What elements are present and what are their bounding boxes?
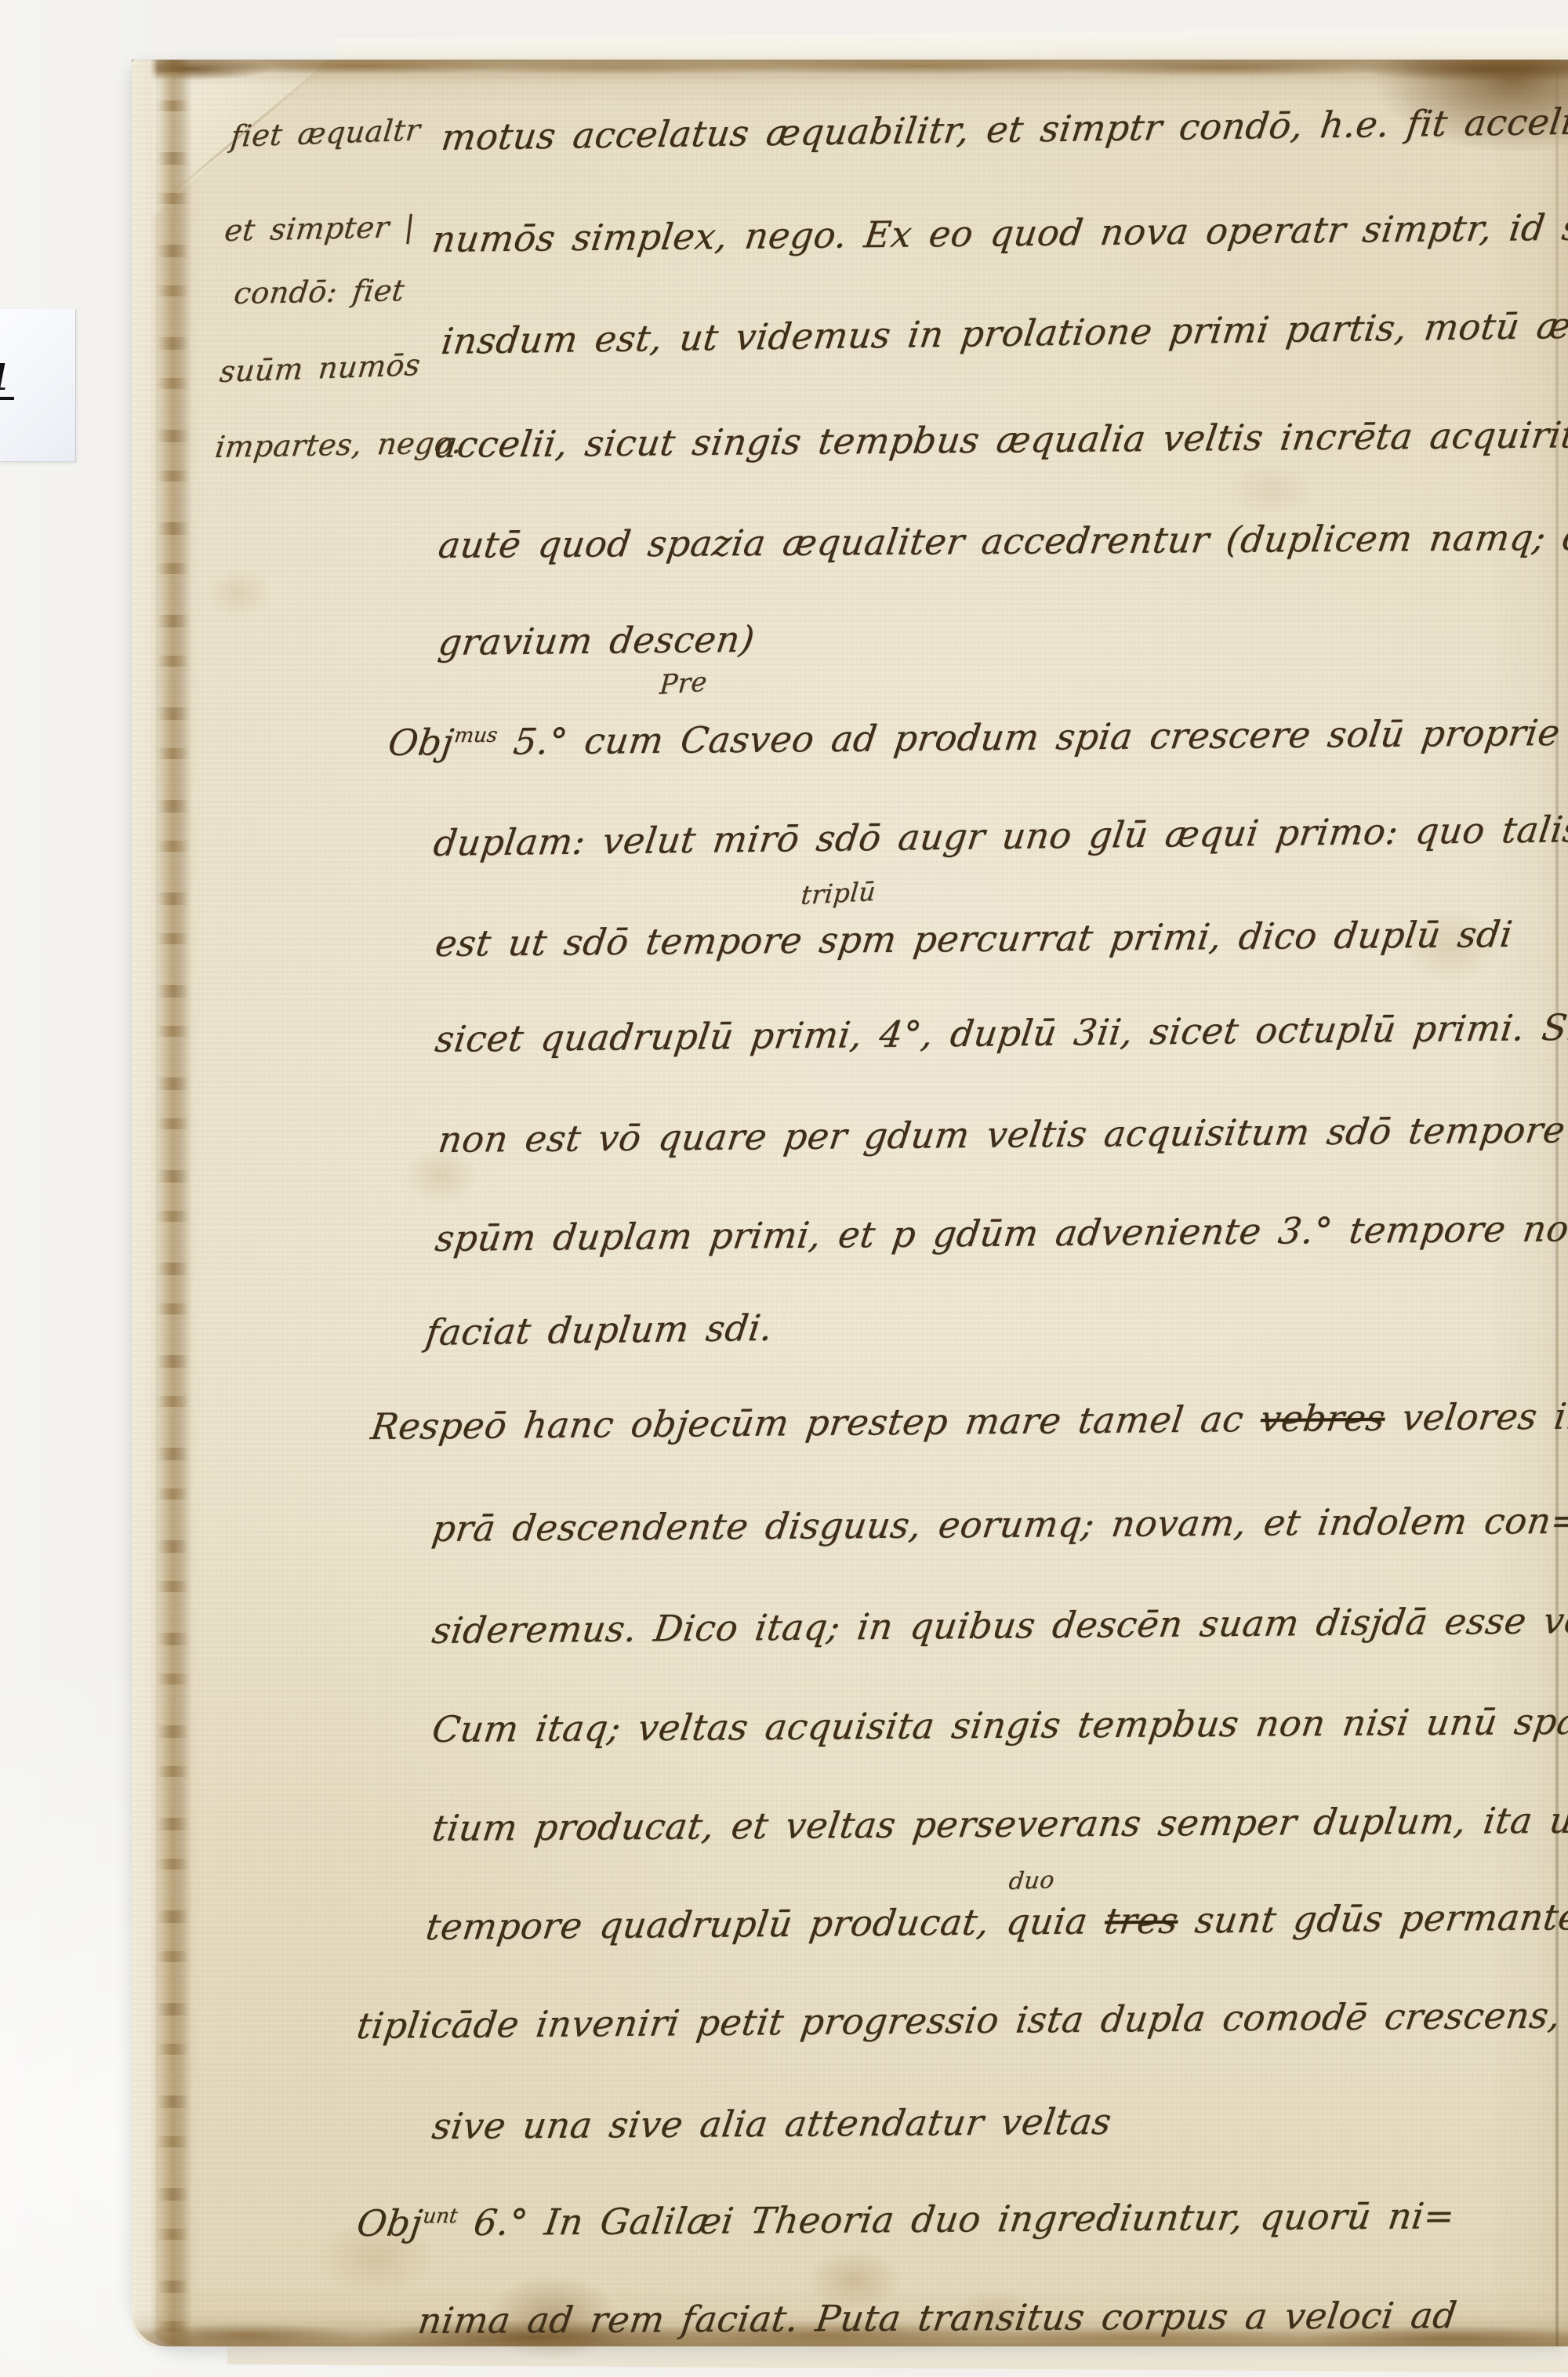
manuscript-line: gravium descen) [436, 618, 757, 663]
text-part: sunt gdūs permantes, mul= [1175, 1894, 1568, 1941]
text-part: 6.° In Galilæi Theoria duo ingrediuntur,… [454, 2194, 1457, 2244]
manuscript-line: prā descendente disguus, eorumq; novam, … [430, 1499, 1568, 1550]
superscript-abbreviation: unt [422, 2204, 459, 2228]
struck-word: tres [1102, 1899, 1181, 1943]
handwriting-layer: fiet æqualtret simpter |condō: fietsuūm … [0, 0, 1568, 2377]
manuscript-line: non est vō quare per gdum veltis acquisi… [436, 1107, 1568, 1161]
manuscript-line: Cum itaq; veltas acquisita singis tempbu… [430, 1699, 1568, 1750]
manuscript-line: tiplicāde inveniri petit progressio ista… [354, 1994, 1563, 2047]
manuscript-line: Respeō hanc objecūm prestep mare tamel a… [368, 1394, 1568, 1448]
margin-note: et simpter | [223, 209, 417, 248]
manuscript-line: sicet quadruplū primi, 4°, duplū 3ii, si… [433, 1005, 1568, 1060]
manuscript-line: numōs simplex, nego. Ex eo quod nova ope… [430, 205, 1568, 260]
text-part: velores in cor= [1382, 1394, 1568, 1439]
text-part: Obj [386, 721, 456, 764]
manuscript-line: sideremus. Dico itaq; in quibus descēn s… [430, 1598, 1568, 1652]
text-part: 5.° cum Casveo ad produm spia crescere s… [494, 711, 1563, 763]
struck-word: vebres [1258, 1397, 1388, 1440]
manuscript-line: insdum est, ut videmus in prolatione pri… [439, 302, 1568, 362]
text-part: Respeō hanc objecūm prestep mare tamel a… [368, 1397, 1264, 1448]
manuscript-line: motus accelatus æquabilitr, et simptr co… [439, 99, 1568, 158]
superscript-abbreviation: mus [453, 724, 499, 748]
manuscript-line: duplam: velut mirō sdō augr uno glū æqui… [431, 808, 1568, 864]
margin-note: suūm numōs [218, 347, 422, 389]
margin-note: condō: fiet [232, 273, 407, 311]
manuscript-line: spūm duplam primi, et p gdūm adveniente … [433, 1207, 1568, 1259]
manuscript-line: sive una sive alia attendatur veltas [430, 2100, 1114, 2147]
manuscript-line: faciat duplum sdi. [423, 1307, 775, 1354]
shelfmark-label: 1 [0, 309, 76, 462]
interlinear-insert: triplū [800, 876, 877, 910]
text-part: Obj [354, 2201, 425, 2244]
manuscript-line: autē quod spazia æqualiter accedrentur (… [436, 515, 1568, 566]
manuscript-line: accelii, sicut singis tempbus æqualia ve… [433, 413, 1568, 466]
manuscript-line: tempore quadruplū producat, quia tres su… [423, 1894, 1568, 1948]
margin-note: fiet æqualtr [229, 112, 422, 154]
manuscript-line: tium producat, et veltas perseverans sem… [430, 1798, 1568, 1849]
interlinear-insert: duo [1007, 1866, 1056, 1895]
interlinear-insert: Pre [659, 666, 708, 701]
margin-note: impartes, nego. [213, 425, 464, 464]
manuscript-line: Objunt 6.° In Galilæi Theoria duo ingred… [354, 2194, 1457, 2244]
shelfmark-partial-text: 1 [0, 359, 14, 400]
manuscript-line: nima ad rem faciat. Puta transitus corpu… [416, 2294, 1459, 2342]
text-part: tempore quadruplū producat, quia [423, 1899, 1108, 1948]
manuscript-line: Objmus 5.° cum Casveo ad produm spia cre… [386, 711, 1563, 764]
manuscript-line: est ut sdō tempore spm percurrat primi, … [433, 913, 1515, 965]
